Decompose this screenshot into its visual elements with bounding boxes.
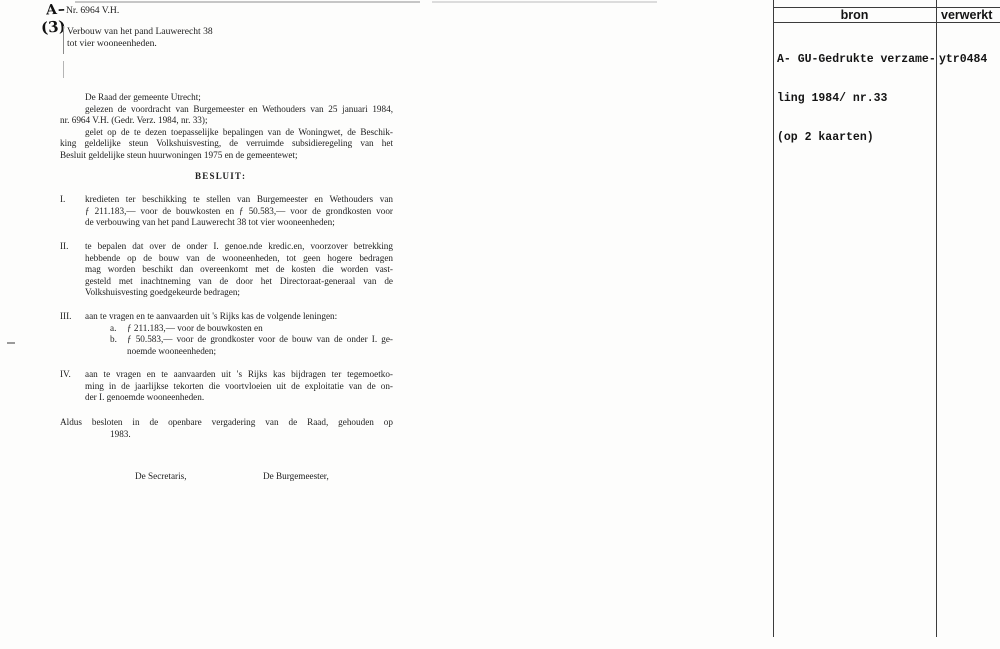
signature-secretary-label: De Secretaris, bbox=[135, 471, 187, 481]
text-line: De Raad der gemeente Utrecht; bbox=[60, 92, 393, 104]
decision-item-3: III. aan te vragen en te aanvaarden uit … bbox=[60, 311, 393, 357]
sub-item-marker: a. bbox=[110, 323, 116, 335]
scanned-document-page: A– Nr. 6964 V.H. (3) Verbouw van het pan… bbox=[0, 0, 1000, 649]
text-line: hebbende op de bouw van de wooneenheden,… bbox=[85, 253, 393, 265]
scan-artifact-line bbox=[432, 1, 657, 3]
text-line: (op 2 kaarten) bbox=[777, 131, 936, 144]
handwritten-mark-a: A– bbox=[46, 1, 67, 18]
item-numeral: III. bbox=[60, 311, 71, 323]
text-line: noemde wooneenheden; bbox=[85, 346, 393, 358]
item-numeral: IV. bbox=[60, 369, 71, 381]
stamp-table-middle-rule bbox=[936, 0, 937, 637]
text-line: ƒ 50.583,— voor de grondkoster voor de b… bbox=[127, 334, 393, 344]
text-line: gelet op de te dezen toepasselijke bepal… bbox=[60, 127, 393, 139]
text-line: 1983. bbox=[60, 429, 393, 441]
stamp-column-header-bron: bron bbox=[773, 8, 936, 22]
text-line: te bepalen dat over de onder I. genoe.nd… bbox=[85, 241, 393, 253]
text-line: Aldus besloten in de openbare vergaderin… bbox=[60, 417, 393, 429]
signature-mayor-label: De Burgemeester, bbox=[263, 471, 329, 481]
text-line: nr. 6964 V.H. (Gedr. Verz. 1984, nr. 33)… bbox=[60, 115, 393, 127]
text-line: kredieten ter beschikking te stellen van… bbox=[85, 194, 393, 206]
text-line: mag worden beschikt dan overeenkomt met … bbox=[85, 264, 393, 276]
subject-line: Verbouw van het pand Lauwerecht 38 bbox=[67, 26, 213, 37]
text-line: de verbouwing van het pand Lauwerecht 38… bbox=[85, 217, 393, 229]
decision-body: De Raad der gemeente Utrecht; gelezen de… bbox=[60, 92, 393, 440]
stamp-column-header-verwerkt: verwerkt bbox=[941, 8, 992, 22]
scan-speck bbox=[7, 342, 15, 344]
margin-mark bbox=[63, 26, 64, 54]
subject-line: tot vier wooneenheden. bbox=[67, 38, 157, 49]
text-line: Besluit geldelijke steun huurwoningen 19… bbox=[60, 150, 393, 162]
margin-mark bbox=[63, 61, 64, 78]
text-line: der I. genoemde wooneenheden. bbox=[85, 392, 393, 404]
closing-paragraph: Aldus besloten in de openbare vergaderin… bbox=[60, 417, 393, 440]
sub-item-marker: b. bbox=[110, 334, 117, 346]
text-line: A- GU-Gedrukte verzame- bbox=[777, 53, 936, 66]
text-line: gesteld met inachtneming van de door het… bbox=[85, 276, 393, 288]
stamp-table-left-rule bbox=[773, 0, 774, 637]
decision-item-2: II. te bepalen dat over de onder I. geno… bbox=[60, 241, 393, 299]
sub-item-b: b. ƒ 50.583,— voor de grondkoster voor d… bbox=[85, 334, 393, 346]
decision-item-4: IV. aan te vragen en te aanvaarden uit '… bbox=[60, 369, 393, 404]
reference-number: Nr. 6964 V.H. bbox=[66, 5, 119, 16]
text-line: aan te vragen en te aanvaarden uit 's Ri… bbox=[85, 369, 393, 381]
item-numeral: II. bbox=[60, 241, 68, 253]
text-line: ling 1984/ nr.33 bbox=[777, 92, 936, 105]
stamp-source-annotation: A- GU-Gedrukte verzame- ling 1984/ nr.33… bbox=[777, 27, 936, 170]
decision-item-1: I. kredieten ter beschikking te stellen … bbox=[60, 194, 393, 229]
text-line: ƒ 211.183,— voor de bouwkosten en ƒ 50.5… bbox=[85, 206, 393, 218]
stamp-processing-code: ytr0484 bbox=[939, 53, 987, 66]
stamp-table-header-rule bbox=[773, 22, 1000, 23]
scan-artifact-line bbox=[75, 1, 420, 3]
text-line: king geldelijke steun Volkshuisvesting, … bbox=[60, 138, 393, 150]
sub-item-a: a. ƒ 211.183,— voor de bouwkosten en bbox=[85, 323, 393, 335]
item-numeral: I. bbox=[60, 194, 65, 206]
text-line: gelezen de voordracht van Burgemeester e… bbox=[60, 104, 393, 116]
text-line: ƒ 211.183,— voor de bouwkosten en bbox=[127, 323, 263, 333]
text-line: aan te vragen en te aanvaarden uit 's Ri… bbox=[85, 311, 393, 323]
text-line: Volkshuisvesting goedgekeurde bedragen; bbox=[85, 287, 393, 299]
text-line: ming in de jaarlijkse tekorten die voort… bbox=[85, 381, 393, 393]
decision-heading: B E S L U I T : bbox=[195, 171, 393, 183]
